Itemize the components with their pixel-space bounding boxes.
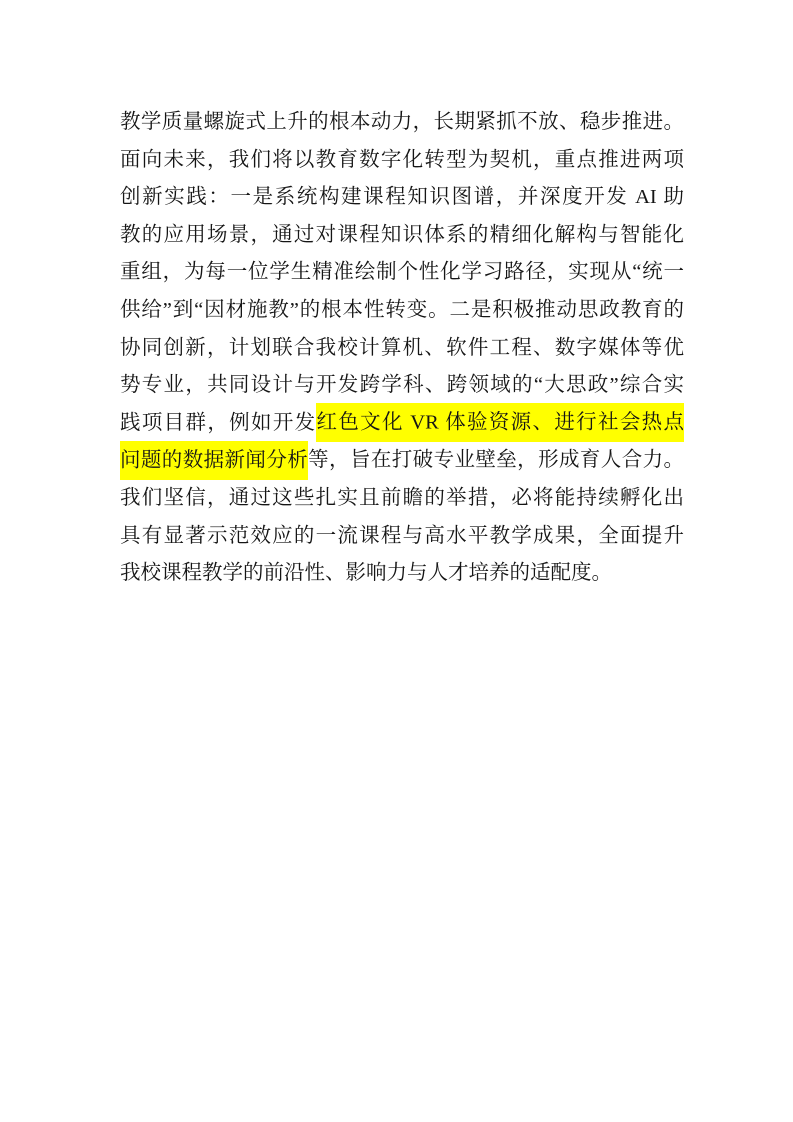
text-line-3: 创新实践：一是系统构建课程知识图谱，并深度开发 AI 助 bbox=[120, 179, 684, 217]
text-segment: 等，旨在打破专业壁垒，形成育人合力。 bbox=[308, 449, 684, 471]
highlighted-text: 问题的数据新闻分析 bbox=[120, 441, 308, 480]
text-line-1: 教学质量螺旋式上升的根本动力，长期紧抓不放、稳步推进。 bbox=[120, 104, 684, 142]
text-line-4: 教的应用场景，通过对课程知识体系的精细化解构与智能化 bbox=[120, 217, 684, 255]
text-segment: 我校课程教学的前沿性、影响力与人才培养的适配度。 bbox=[120, 562, 612, 584]
text-segment: 我们坚信，通过这些扎实且前瞻的举措，必将能持续孵化出 bbox=[120, 487, 684, 509]
text-segment: 势专业，共同设计与开发跨学科、跨领域的“大思政”综合实 bbox=[120, 374, 684, 396]
text-line-9: 践项目群，例如开发红色文化 VR 体验资源、进行社会热点 bbox=[120, 405, 684, 443]
text-segment: 创新实践：一是系统构建课程知识图谱，并深度开发 AI 助 bbox=[120, 186, 684, 208]
text-segment: 教的应用场景，通过对课程知识体系的精细化解构与智能化 bbox=[120, 224, 684, 246]
highlighted-text: 红色文化 VR 体验资源、进行社会热点 bbox=[316, 403, 684, 442]
text-segment: 践项目群，例如开发 bbox=[120, 412, 316, 434]
text-segment: 重组，为每一位学生精准绘制个性化学习路径，实现从“统一 bbox=[120, 261, 684, 283]
paragraph-body: 教学质量螺旋式上升的根本动力，长期紧抓不放、稳步推进。 面向未来，我们将以教育数… bbox=[120, 104, 684, 593]
text-segment: 教学质量螺旋式上升的根本动力，长期紧抓不放、稳步推进。 bbox=[120, 111, 684, 133]
text-line-2: 面向未来，我们将以教育数字化转型为契机，重点推进两项 bbox=[120, 142, 684, 180]
text-segment: 面向未来，我们将以教育数字化转型为契机，重点推进两项 bbox=[120, 149, 684, 171]
text-line-6: 供给”到“因材施教”的根本性转变。二是积极推动思政教育的 bbox=[120, 292, 684, 330]
text-segment: 具有显著示范效应的一流课程与高水平教学成果，全面提升 bbox=[120, 525, 684, 547]
text-line-12: 具有显著示范效应的一流课程与高水平教学成果，全面提升 bbox=[120, 518, 684, 556]
document-page: 教学质量螺旋式上升的根本动力，长期紧抓不放、稳步推进。 面向未来，我们将以教育数… bbox=[0, 0, 793, 1122]
text-line-8: 势专业，共同设计与开发跨学科、跨领域的“大思政”综合实 bbox=[120, 367, 684, 405]
text-line-5: 重组，为每一位学生精准绘制个性化学习路径，实现从“统一 bbox=[120, 254, 684, 292]
text-line-11: 我们坚信，通过这些扎实且前瞻的举措，必将能持续孵化出 bbox=[120, 480, 684, 518]
text-segment: 供给”到“因材施教”的根本性转变。二是积极推动思政教育的 bbox=[120, 299, 684, 321]
text-line-10: 问题的数据新闻分析等，旨在打破专业壁垒，形成育人合力。 bbox=[120, 442, 684, 480]
text-line-13: 我校课程教学的前沿性、影响力与人才培养的适配度。 bbox=[120, 555, 684, 593]
text-segment: 协同创新，计划联合我校计算机、软件工程、数字媒体等优 bbox=[120, 337, 684, 359]
text-line-7: 协同创新，计划联合我校计算机、软件工程、数字媒体等优 bbox=[120, 330, 684, 368]
